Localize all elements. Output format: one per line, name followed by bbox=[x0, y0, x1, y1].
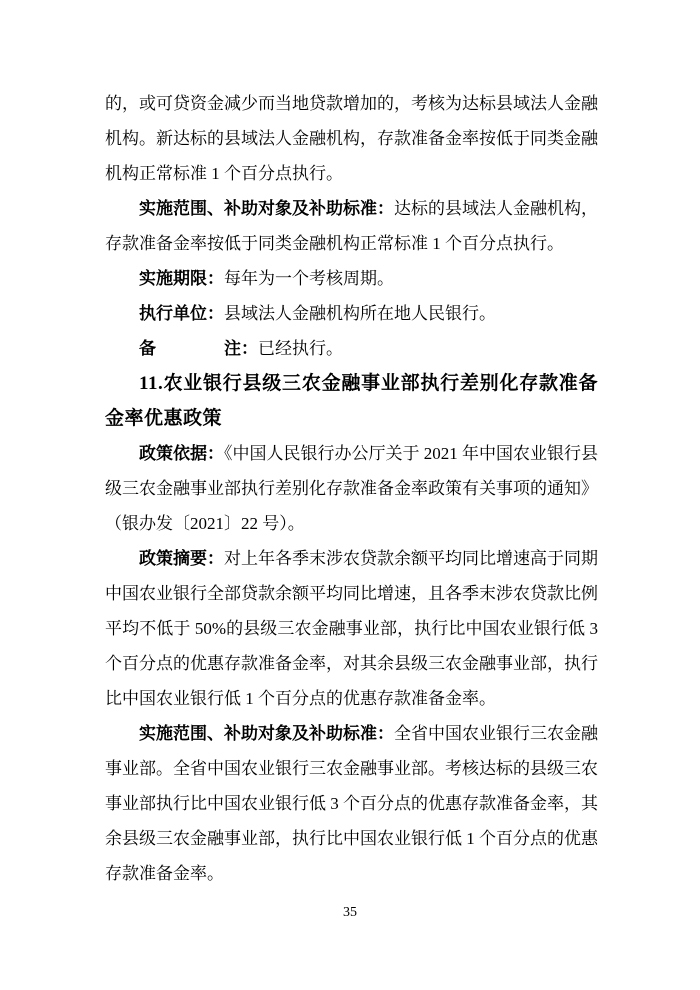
paragraph-label: 政策依据： bbox=[139, 444, 224, 463]
paragraph-text: 对上年各季末涉农贷款余额平均同比增速高于同期中国农业银行全部贷款余额平均同比增速… bbox=[105, 549, 598, 708]
paragraph-label: 实施范围、补助对象及补助标准： bbox=[139, 724, 394, 743]
paragraph: 实施范围、补助对象及补助标准：达标的县域法人金融机构，存款准备金率按低于同类金融… bbox=[105, 191, 598, 261]
document-body: 的，或可贷资金减少而当地贷款增加的，考核为达标县域法人金融机构。新达标的县域法人… bbox=[105, 86, 598, 891]
paragraph-text: 每年为一个考核周期。 bbox=[224, 269, 394, 288]
paragraph-label: 实施范围、补助对象及补助标准： bbox=[139, 199, 394, 218]
paragraph: 实施期限：每年为一个考核周期。 bbox=[105, 261, 598, 296]
paragraph: 政策依据：《中国人民银行办公厅关于 2021 年中国农业银行县级三农金融事业部执… bbox=[105, 436, 598, 541]
paragraph-label: 执行单位： bbox=[139, 304, 224, 323]
paragraph: 实施范围、补助对象及补助标准：全省中国农业银行三农金融事业部。全省中国农业银行三… bbox=[105, 716, 598, 891]
paragraph-text: 的，或可贷资金减少而当地贷款增加的，考核为达标县域法人金融机构。新达标的县域法人… bbox=[105, 94, 598, 183]
paragraph-label: 政策摘要： bbox=[139, 549, 224, 568]
paragraph-label: 实施期限： bbox=[139, 269, 224, 288]
paragraph-text: 县域法人金融机构所在地人民银行。 bbox=[224, 304, 496, 323]
paragraph: 政策摘要：对上年各季末涉农贷款余额平均同比增速高于同期中国农业银行全部贷款余额平… bbox=[105, 541, 598, 716]
document-page: 的，或可贷资金减少而当地贷款增加的，考核为达标县域法人金融机构。新达标的县域法人… bbox=[0, 0, 700, 990]
paragraph-text: 已经执行。 bbox=[258, 339, 343, 358]
section-heading: 11.农业银行县级三农金融事业部执行差别化存款准备金率优惠政策 bbox=[105, 366, 598, 436]
paragraph-label: 备 注： bbox=[139, 339, 258, 358]
paragraph: 的，或可贷资金减少而当地贷款增加的，考核为达标县域法人金融机构。新达标的县域法人… bbox=[105, 86, 598, 191]
page-number: 35 bbox=[0, 903, 700, 923]
paragraph-text: 全省中国农业银行三农金融事业部。全省中国农业银行三农金融事业部。考核达标的县级三… bbox=[105, 724, 598, 883]
paragraph: 执行单位：县域法人金融机构所在地人民银行。 bbox=[105, 296, 598, 331]
paragraph-text: 11.农业银行县级三农金融事业部执行差别化存款准备金率优惠政策 bbox=[105, 373, 598, 429]
paragraph: 备 注：已经执行。 bbox=[105, 331, 598, 366]
